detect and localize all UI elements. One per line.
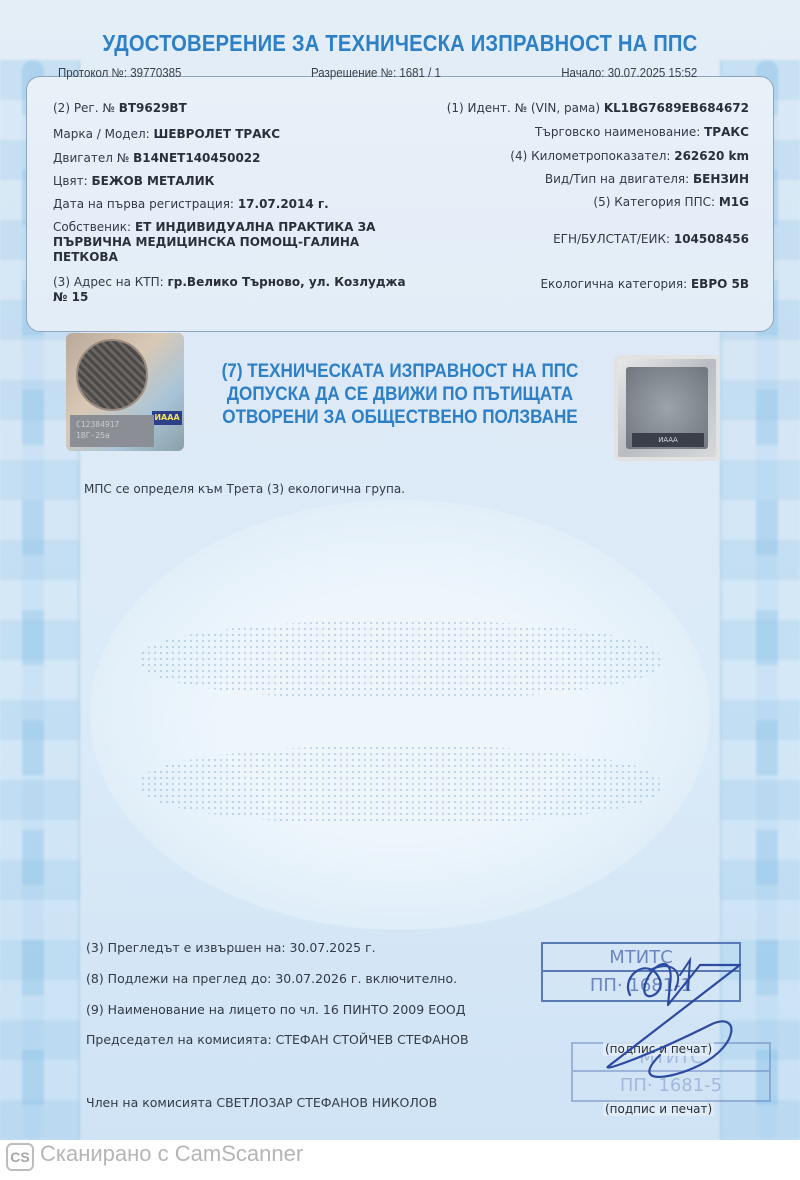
- odometer-label: (4) Километропоказател:: [510, 149, 670, 163]
- vin: (1) Идент. № (VIN, рама) KL1BG7689EB6846…: [447, 101, 749, 116]
- hologram-serial: С12384917 1ВГ-25а: [70, 415, 154, 447]
- vehicle-category: (5) Категория ППС: M1G: [593, 195, 749, 210]
- category-value: M1G: [719, 195, 749, 209]
- owner: Собственик: ЕТ ИНДИВИДУАЛНА ПРАКТИКА ЗА …: [53, 220, 413, 265]
- dot-pattern-top: [140, 620, 660, 700]
- eco-group-statement: МПС се определя към Трета (3) екологична…: [84, 482, 405, 496]
- hologram-right-label: ИААА: [632, 433, 704, 447]
- hologram-sticker-right: ИААА: [614, 355, 720, 461]
- vin-value: KL1BG7689EB684672: [604, 101, 749, 115]
- handwritten-signature-icon: [590, 945, 760, 1085]
- vin-label: (1) Идент. № (VIN, рама): [447, 101, 600, 115]
- protocol-number: Протокол №: 39770385: [58, 66, 181, 80]
- owner-label: Собственик:: [53, 220, 131, 234]
- reg-label: (2) Рег. №: [53, 101, 115, 115]
- odometer: (4) Километропоказател: 262620 km: [510, 149, 749, 164]
- engine-type-label: Вид/Тип на двигателя:: [545, 172, 689, 186]
- serial-line-1: С12384917: [76, 419, 148, 430]
- inspection-entity: (9) Наименование на лицето по чл. 16 ПИН…: [86, 1002, 466, 1017]
- odometer-value: 262620 km: [674, 149, 749, 163]
- permit-line-3: ОТВОРЕНИ ЗА ОБЩЕСТВЕНО ПОЛЗВАНЕ: [220, 406, 580, 429]
- inspection-address: (3) Адрес на КТП: гр.Велико Търново, ул.…: [53, 275, 413, 305]
- address-label: (3) Адрес на КТП:: [53, 275, 164, 289]
- first-registration: Дата на първа регистрация: 17.07.2014 г.: [53, 197, 329, 212]
- trade-label: Търговско наименование:: [535, 125, 700, 139]
- document-title: УДОСТОВЕРЕНИЕ ЗА ТЕХНИЧЕСКА ИЗПРАВНОСТ Н…: [48, 30, 752, 57]
- hologram-label: ИААА: [152, 411, 182, 425]
- engine-type: Вид/Тип на двигателя: БЕНЗИН: [545, 172, 749, 187]
- certificate-page: УДОСТОВЕРЕНИЕ ЗА ТЕХНИЧЕСКА ИЗПРАВНОСТ Н…: [0, 0, 800, 1140]
- permit-number: Разрешение №: 1681 / 1: [311, 66, 441, 80]
- document-meta: Протокол №: 39770385 Разрешение №: 1681 …: [58, 66, 696, 84]
- reg-value: ВТ9629ВТ: [119, 101, 187, 115]
- permit-line-1: (7) ТЕХНИЧЕСКАТА ИЗПРАВНОСТ НА ППС: [220, 360, 580, 383]
- next-inspection-date: (8) Подлежи на преглед до: 30.07.2026 г.…: [86, 971, 457, 986]
- hologram-sticker-left: ИААА С12384917 1ВГ-25а: [66, 333, 184, 451]
- first-reg-value: 17.07.2014 г.: [238, 197, 329, 211]
- color-label: Цвят:: [53, 174, 88, 188]
- eco-category: Екологична категория: ЕВРО 5В: [540, 277, 749, 292]
- signature-caption-2: (подпис и печат): [603, 1102, 714, 1116]
- reg-number: (2) Рег. № ВТ9629ВТ: [53, 101, 187, 116]
- category-label: (5) Категория ППС:: [593, 195, 715, 209]
- egn-bulstat: ЕГН/БУЛСТАТ/ЕИК: 104508456: [553, 232, 749, 247]
- make-model: Марка / Модел: ШЕВРОЛЕТ ТРАКС: [53, 127, 280, 142]
- trade-value: ТРАКС: [704, 125, 749, 139]
- camscanner-watermark: Сканирано с CamScanner: [40, 1141, 303, 1167]
- first-reg-label: Дата на първа регистрация:: [53, 197, 234, 211]
- engine-number: Двигател № B14NET140450022: [53, 151, 261, 166]
- eco-value: ЕВРО 5В: [691, 277, 749, 291]
- trade-name: Търговско наименование: ТРАКС: [535, 125, 749, 140]
- commission-member: Член на комисията СВЕТЛОЗАР СТЕФАНОВ НИК…: [86, 1095, 437, 1110]
- permit-statement: (7) ТЕХНИЧЕСКАТА ИЗПРАВНОСТ НА ППС ДОПУС…: [220, 360, 580, 429]
- engine-label: Двигател №: [53, 151, 129, 165]
- hologram-disc-icon: [76, 339, 148, 411]
- make-value: ШЕВРОЛЕТ ТРАКС: [154, 127, 281, 141]
- start-time: Начало: 30.07.2025 15:52: [561, 66, 697, 80]
- commission-chairman: Председател на комисията: СТЕФАН СТОЙЧЕВ…: [86, 1032, 469, 1047]
- camscanner-logo-icon: CS: [6, 1143, 34, 1171]
- eco-label: Екологична категория:: [540, 277, 687, 291]
- vehicle-info-box: (2) Рег. № ВТ9629ВТ Марка / Модел: ШЕВРО…: [26, 76, 774, 332]
- egn-label: ЕГН/БУЛСТАТ/ЕИК:: [553, 232, 670, 246]
- engine-type-value: БЕНЗИН: [693, 172, 749, 186]
- serial-line-2: 1ВГ-25а: [76, 430, 148, 441]
- egn-value: 104508456: [674, 232, 749, 246]
- engine-value: B14NET140450022: [133, 151, 260, 165]
- inspection-date: (3) Прегледът е извършен на: 30.07.2025 …: [86, 940, 376, 955]
- make-label: Марка / Модел:: [53, 127, 150, 141]
- color-value: БЕЖОВ МЕТАЛИК: [91, 174, 214, 188]
- color: Цвят: БЕЖОВ МЕТАЛИК: [53, 174, 214, 189]
- guilloche-watermark: [90, 500, 710, 930]
- dot-pattern-bottom: [140, 745, 660, 825]
- permit-line-2: ДОПУСКА ДА СЕ ДВИЖИ ПО ПЪТИЩАТА: [220, 383, 580, 406]
